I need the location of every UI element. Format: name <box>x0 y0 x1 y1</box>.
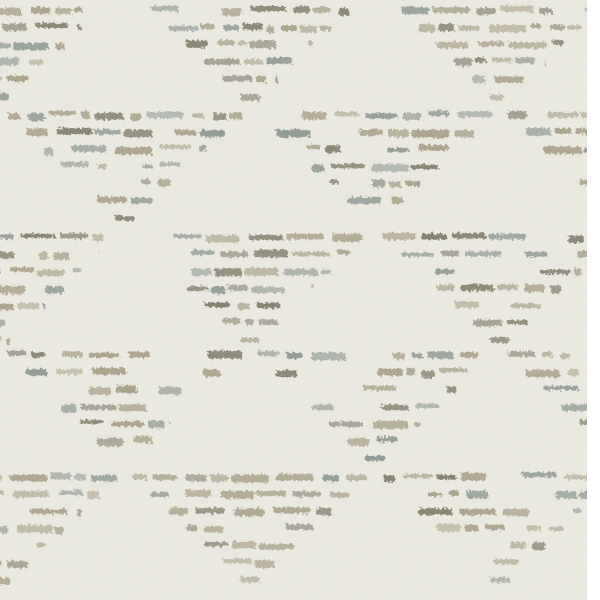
rug-photo <box>0 0 587 600</box>
rug-texture <box>0 0 587 600</box>
background-edge <box>587 0 600 600</box>
